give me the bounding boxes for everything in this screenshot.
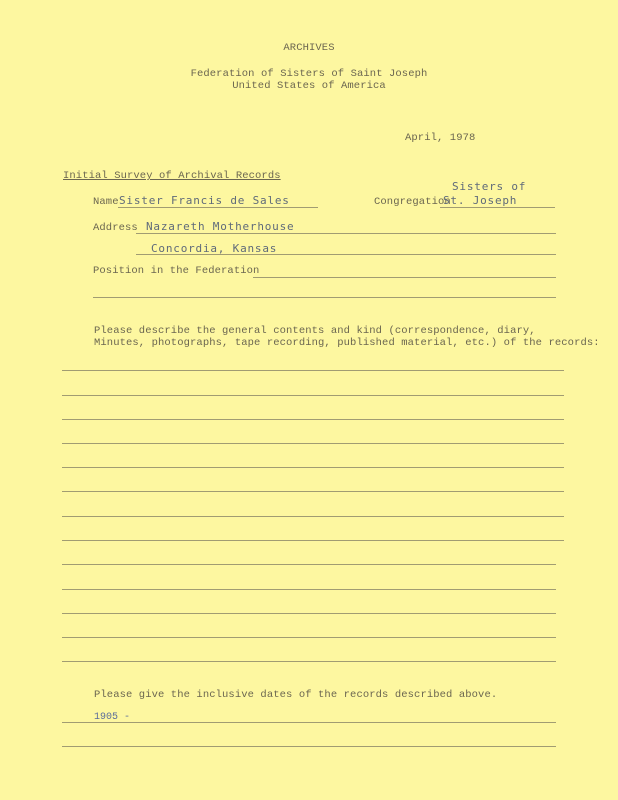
- contents-prompt-line1: Please describe the general contents and…: [94, 325, 536, 337]
- contents-prompt-line2: Minutes, photographs, tape recording, pu…: [94, 337, 600, 349]
- contents-ruled-line: [62, 661, 556, 662]
- dates-prompt: Please give the inclusive dates of the r…: [94, 689, 497, 701]
- contents-ruled-line: [62, 491, 564, 492]
- form-title: Initial Survey of Archival Records: [63, 170, 281, 182]
- contents-ruled-line: [62, 467, 564, 468]
- address-label: Address: [93, 222, 138, 234]
- address-field-line1[interactable]: Nazareth Motherhouse: [146, 220, 294, 233]
- contents-field[interactable]: [62, 355, 564, 665]
- contents-ruled-line: [62, 637, 556, 638]
- contents-ruled-line: [62, 443, 564, 444]
- congregation-field-line2[interactable]: St. Joseph: [443, 194, 517, 207]
- archives-heading: ARCHIVES: [0, 42, 618, 54]
- contents-ruled-line: [62, 589, 556, 590]
- contents-ruled-line: [62, 564, 556, 565]
- congregation-field-line1[interactable]: Sisters of: [452, 180, 526, 193]
- congregation-underline: [440, 207, 555, 208]
- dates-underline-1: [62, 722, 556, 723]
- address-underline-1: [136, 233, 556, 234]
- position-underline: [253, 277, 556, 278]
- position-label: Position in the Federation: [93, 265, 259, 277]
- contents-ruled-line: [62, 540, 564, 541]
- contents-ruled-line: [62, 516, 564, 517]
- contents-ruled-line: [62, 370, 564, 371]
- contents-ruled-line: [62, 613, 556, 614]
- name-label: Name: [93, 196, 119, 208]
- org-name-line1: Federation of Sisters of Saint Joseph: [0, 68, 618, 80]
- contents-ruled-line: [62, 419, 564, 420]
- name-field[interactable]: Sister Francis de Sales: [119, 194, 290, 207]
- dates-underline-2: [62, 746, 556, 747]
- document-date: April, 1978: [405, 132, 475, 144]
- org-name-line2: United States of America: [0, 80, 618, 92]
- contents-ruled-line: [62, 395, 564, 396]
- address-underline-2: [136, 254, 556, 255]
- name-underline: [118, 207, 318, 208]
- position-underline-2: [93, 297, 556, 298]
